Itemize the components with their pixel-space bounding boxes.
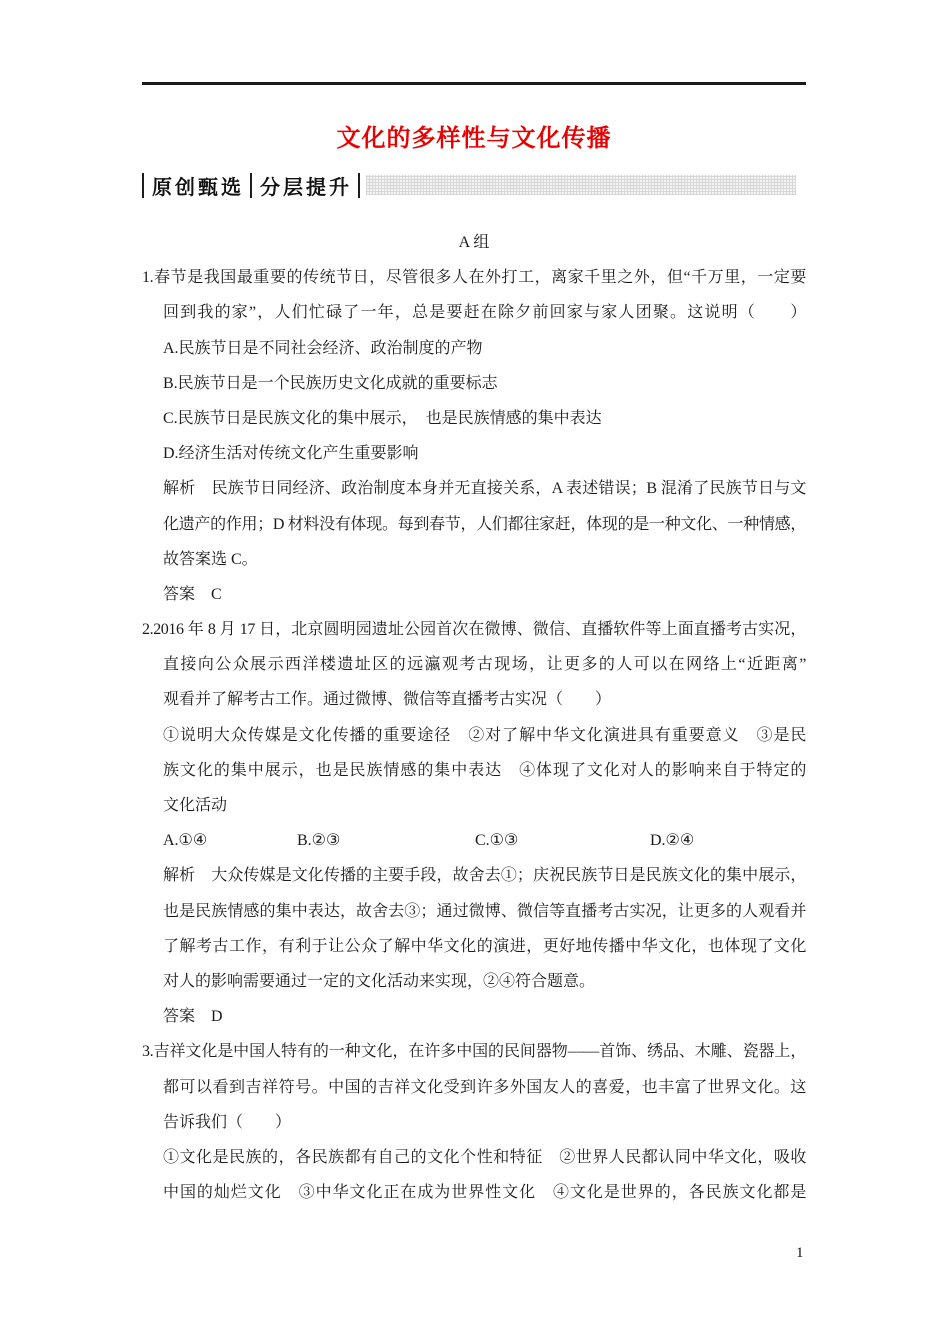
q1-answer: 答案 C: [142, 577, 806, 612]
q2-option-c: C.①③: [475, 823, 646, 858]
q1-analysis-line1: 解析 民族节日同经济、政治制度本身并无直接关系，A 表述错误；B 混淆了民族节日…: [142, 471, 806, 506]
banner-label-left: 原创甄选: [144, 171, 250, 200]
q2-option-a: A.①④: [163, 823, 293, 858]
banner-hatch-bar: [366, 175, 796, 195]
q1-stem-line1: 1.春节是我国最重要的传统节日，尽管很多人在外打工，离家千里之外，但“千万里，一…: [142, 260, 806, 295]
q1-analysis-line2: 化遗产的作用；D 材料没有体现。每到春节，人们都往家赶，体现的是一种文化、一种情…: [142, 507, 806, 542]
q3-statements-line2: 中国的灿烂文化 ③中华文化正在成为世界性文化 ④文化是世界的，各民族文化都是: [142, 1175, 806, 1210]
q3-statements-line1: ①文化是民族的，各民族都有自己的文化个性和特征 ②世界人民都认同中华文化，吸收: [142, 1140, 806, 1175]
q2-options-row: A.①④ B.②③ C.①③ D.②④: [142, 823, 806, 858]
banner-divider: [358, 173, 360, 198]
q2-analysis-line4: 对人的影响需要通过一定的文化活动来实现，②④符合题意。: [142, 964, 806, 999]
q3-stem-line1: 3.吉祥文化是中国人特有的一种文化，在许多中国的民间器物——首饰、绣品、木雕、瓷…: [142, 1034, 806, 1069]
q1-option-b: B.民族节日是一个民族历史文化成就的重要标志: [142, 366, 806, 401]
section-banner: 原创甄选 分层提升: [142, 171, 806, 199]
q2-analysis-line3: 了解考古工作，有利于让公众了解中华文化的演进，更好地传播中华文化，也体现了文化: [142, 929, 806, 964]
page-number: 1: [796, 1245, 804, 1262]
q2-answer: 答案 D: [142, 999, 806, 1034]
q2-analysis-line1: 解析 大众传媒是文化传播的主要手段，故舍去①；庆祝民族节日是民族文化的集中展示，: [142, 858, 806, 893]
q1-analysis-line3: 故答案选 C。: [142, 542, 806, 577]
q2-statements-line3: 文化活动: [142, 788, 806, 823]
q2-statements-line2: 族文化的集中展示，也是民族情感的集中表达 ④体现了文化对人的影响来自于特定的: [142, 753, 806, 788]
q3-stem-line2: 都可以看到吉祥符号。中国的吉祥文化受到许多外国友人的喜爱，也丰富了世界文化。这: [142, 1070, 806, 1105]
q2-stem-line3: 观看并了解考古工作。通过微博、微信等直播考古实况（ ）: [142, 682, 806, 717]
document-title: 文化的多样性与文化传播: [142, 118, 806, 153]
q2-option-d: D.②④: [650, 823, 694, 858]
document-body: A 组 1.春节是我国最重要的传统节日，尽管很多人在外打工，离家千里之外，但“千…: [142, 225, 806, 1210]
q2-stem-line2: 直接向公众展示西洋楼遗址区的远瀛观考古现场，让更多的人可以在网络上“近距离”: [142, 647, 806, 682]
q2-statements-line1: ①说明大众传媒是文化传播的重要途径 ②对了解中华文化演进具有重要意义 ③是民: [142, 718, 806, 753]
banner-label-right: 分层提升: [252, 171, 358, 200]
section-heading: A 组: [142, 225, 806, 260]
q3-stem-line3: 告诉我们（ ）: [142, 1105, 806, 1140]
q2-option-b: B.②③: [297, 823, 471, 858]
q1-option-a: A.民族节日是不同社会经济、政治制度的产物: [142, 331, 806, 366]
q2-analysis-line2: 也是民族情感的集中表达，故舍去③；通过微博、微信等直播考古实况，让更多的人观看并: [142, 894, 806, 929]
q1-option-c: C.民族节日是民族文化的集中展示， 也是民族情感的集中表达: [142, 401, 806, 436]
q2-stem-line1: 2.2016 年 8 月 17 日，北京圆明园遗址公园首次在微博、微信、直播软件…: [142, 612, 806, 647]
top-rule: [142, 82, 806, 85]
q1-stem-line2: 回到我的家”，人们忙碌了一年，总是要赶在除夕前回家与家人团聚。这说明（ ）: [142, 295, 806, 330]
q1-option-d: D.经济生活对传统文化产生重要影响: [142, 436, 806, 471]
document-page: 文化的多样性与文化传播 原创甄选 分层提升 A 组 1.春节是我国最重要的传统节…: [0, 0, 950, 1344]
